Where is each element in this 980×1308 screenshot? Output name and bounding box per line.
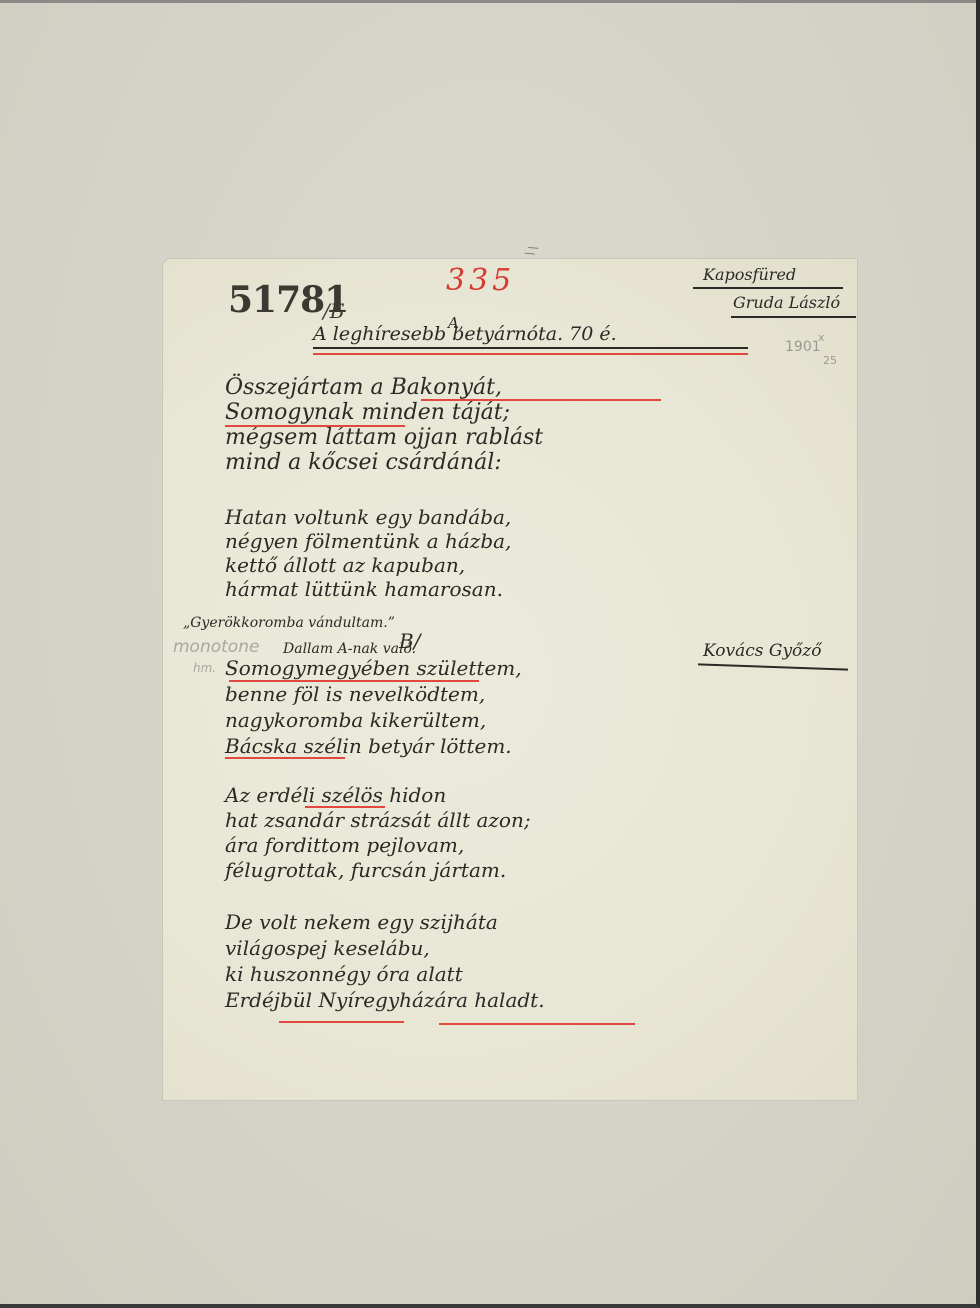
verse-line: Hatan voltunk egy bandába, [225, 505, 511, 529]
verse-line: Somogynak minden táját; [225, 400, 543, 425]
pencil-margin-note: monotone [173, 637, 259, 657]
title-underline-red [313, 353, 748, 355]
verse-line: Összejártam a Bakonyát, [225, 375, 543, 400]
second-collector: Kovács Győző [703, 641, 821, 661]
collector-underline [731, 316, 856, 318]
place-name: Kaposfüred [703, 265, 796, 284]
verse-line: mégsem láttam ojjan rablást [225, 425, 543, 450]
verse-line: mind a kőcsei csárdánál: [225, 450, 543, 475]
verse-line: Erdéjbül Nyíregyházára haladt. [225, 987, 545, 1013]
red-underline-somogynak [225, 425, 405, 427]
title-underline-ink [313, 347, 748, 349]
verse-line: világospej keselábu, [225, 935, 545, 961]
red-underline-bakonyat [421, 399, 661, 401]
red-underline-erdejbul [279, 1021, 404, 1023]
red-underline-somogymegyeben [229, 680, 479, 682]
pencil-date-year: 1901 [785, 339, 821, 355]
manuscript-sheet: 51781 /Б 335 Kaposfüred Gruda László A, … [163, 259, 857, 1100]
verse-line: hármat lüttünk hamarosan. [225, 577, 511, 601]
verse-line: ki huszonnégy óra alatt [225, 961, 545, 987]
verse-line: kettő állott az kapuban, [225, 553, 511, 577]
stanza-b1: Somogymegyében születtem, benne föl is n… [225, 655, 522, 759]
verse-line: Somogymegyében születtem, [225, 655, 522, 681]
song-reference: „Gyerökkorombа vándultam.” [183, 615, 395, 631]
inventory-suffix: /Б [323, 299, 344, 323]
pencil-margin-note-2: hm. [193, 661, 216, 675]
stanza-a2: Hatan voltunk egy bandába, négyen fölmen… [225, 505, 511, 601]
verse-line: benne föl is nevelködtem, [225, 681, 522, 707]
stanza-b2: Az erdéli szélös hidon hat zsandár stráz… [225, 783, 531, 883]
song-title: A leghíresebb betyárnóta. 70 é. [313, 323, 617, 345]
red-song-number: 335 [446, 263, 515, 298]
place-underline [693, 287, 843, 289]
verse-line: négyen fölmentünk a házba, [225, 529, 511, 553]
second-collector-underline [698, 663, 848, 670]
verse-line: ára fordittom pejlovam, [225, 833, 531, 858]
pencil-date-month: x [818, 331, 825, 344]
verse-line: nagykorombа kikerültem, [225, 707, 522, 733]
red-underline-bacska [225, 757, 345, 759]
verse-line: Az erdéli szélös hidon [225, 783, 531, 808]
verse-line: De volt nekem egy szijháta [225, 909, 545, 935]
verse-line: félugrottak, furcsán jártam. [225, 858, 531, 883]
mat-top-edge [0, 0, 976, 3]
verse-line: hat zsandár strázsát állt azon; [225, 808, 531, 833]
red-underline-nyiregyhazara [439, 1023, 635, 1025]
pencil-date-day: 25 [823, 354, 837, 367]
collector-name: Gruda László [733, 293, 840, 312]
verse-line: Bácska szélin betyár löttem. [225, 733, 522, 759]
mounting-board: \\\ 51781 /Б 335 Kaposfüred Gruda László… [0, 0, 980, 1308]
red-underline-erdeli [305, 806, 385, 808]
stanza-b3: De volt nekem egy szijháta világospej ke… [225, 909, 545, 1013]
